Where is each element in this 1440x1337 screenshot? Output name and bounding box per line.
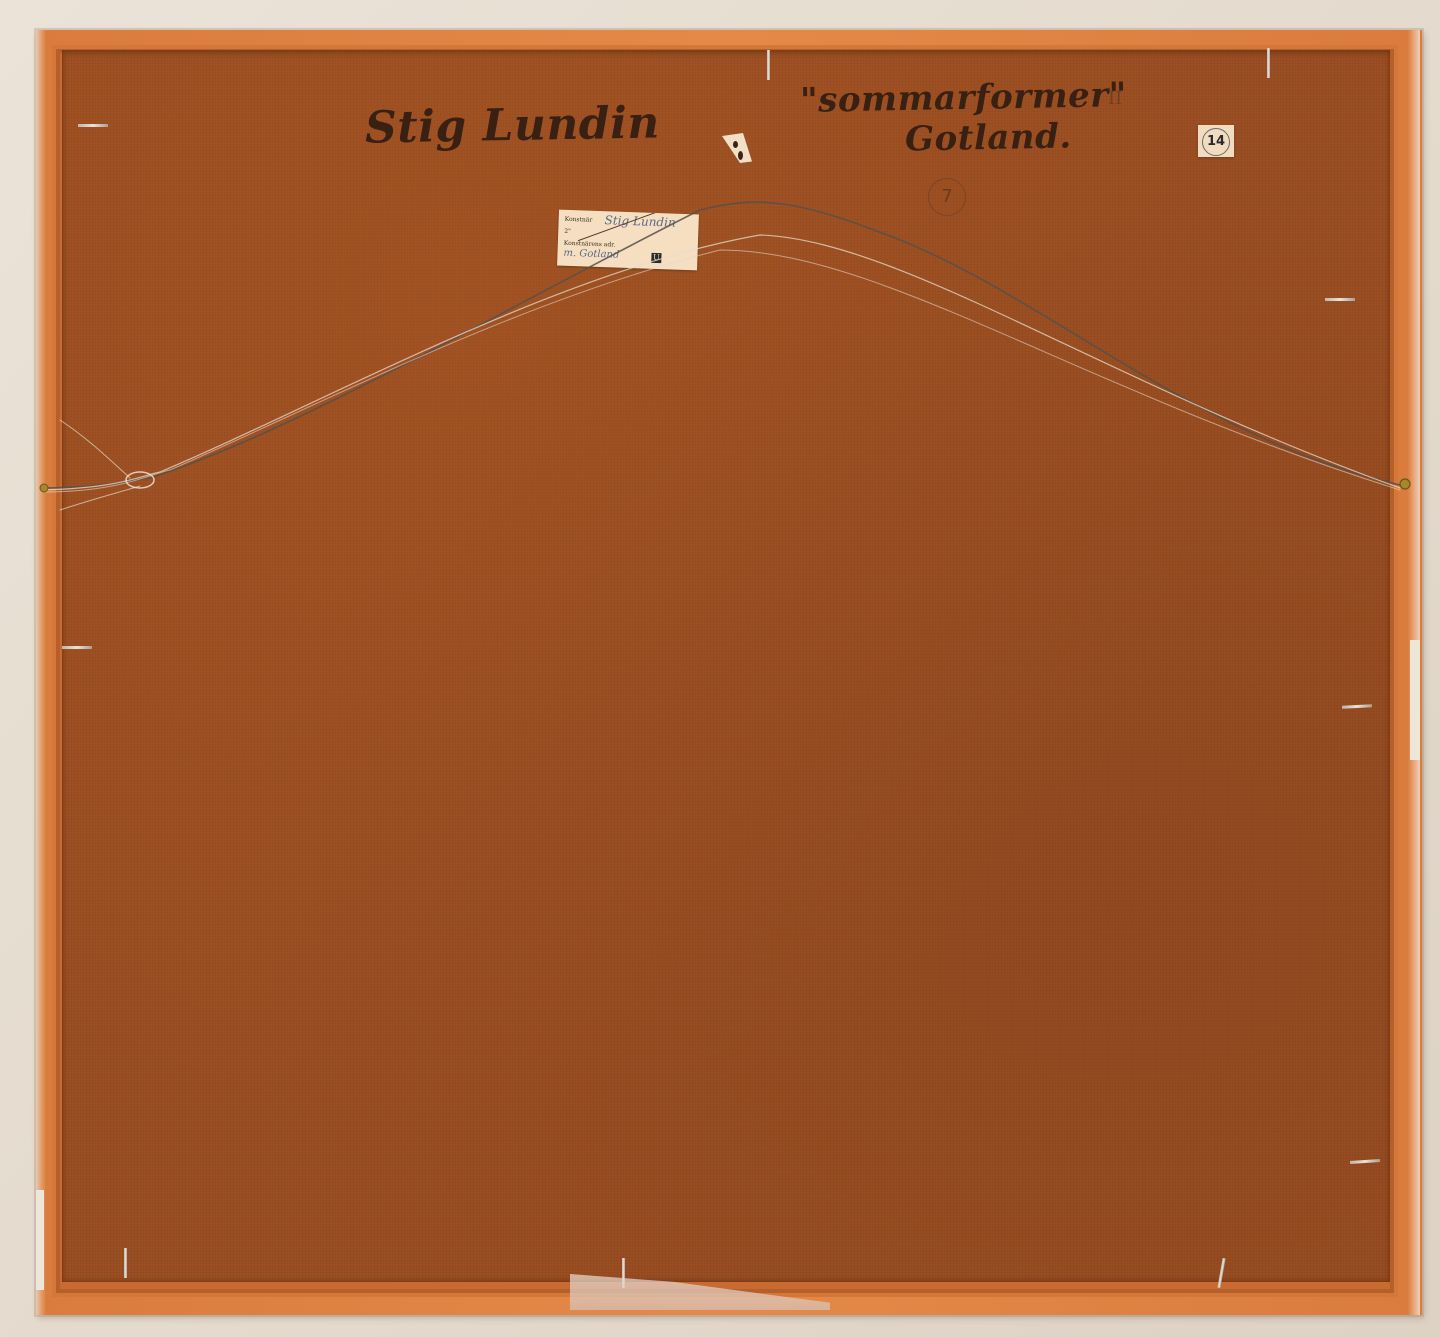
sticker-number: 14 (1202, 128, 1230, 156)
frame-edge-left (36, 30, 46, 1315)
label-number: 2" (564, 228, 571, 235)
exhibition-label: Konstnär Stig Lundin 2" Konstnärens adr.… (557, 210, 699, 271)
painting-location: Gotland. (905, 117, 1072, 160)
paint-chip (36, 1190, 44, 1290)
label-stamp: U (651, 253, 661, 263)
roman-numeral-mark: II (1108, 88, 1122, 109)
nail (78, 124, 108, 127)
painting-title: "sommarformer" (800, 75, 1128, 121)
nail (1267, 48, 1270, 78)
label-address: m. Gotland (563, 248, 619, 261)
nail (1325, 298, 1355, 301)
nail (767, 50, 770, 80)
hardboard-backing (62, 50, 1390, 1282)
nail (124, 1248, 127, 1278)
tab-hole (733, 141, 738, 148)
number-sticker: 14 (1198, 125, 1234, 157)
paint-chip (1410, 640, 1420, 760)
label-printed-artist: Konstnär (565, 216, 593, 224)
tab-hole (738, 151, 743, 160)
nail (62, 646, 92, 649)
artist-signature: Stig Lundin (365, 97, 661, 153)
circled-number: 7 (928, 178, 966, 216)
